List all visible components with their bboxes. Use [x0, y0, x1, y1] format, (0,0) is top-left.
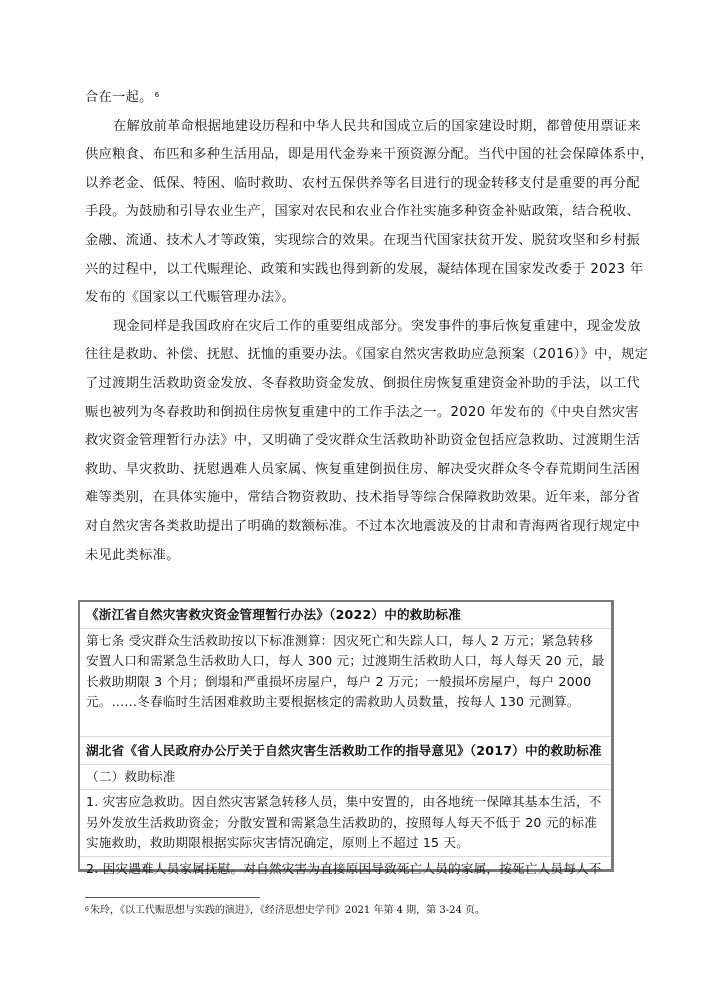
divider [80, 789, 611, 790]
continuation-text: 合在一起。 [85, 90, 153, 105]
paragraph-line: 赈也被列为冬春救助和倒损住房恢复重建中的工作手法之一。2020 年发布的《中央自… [85, 399, 633, 428]
hubei-item-line: 另外发放生活救助资金；分散安置和需紧急生活救助的，按照每人每天不低于 20 元的… [86, 813, 605, 834]
zhejiang-body: 第七条 受灾群众生活救助按以下标准测算：因灾死亡和失踪人口，每人 2 万元；紧急… [80, 631, 611, 713]
zhejiang-line: 长救助期限 3 个月；倒塌和严重损坏房屋户，每户 2 万元；一般损坏房屋户，每户… [86, 672, 605, 693]
footnote-rule [85, 897, 260, 898]
paragraph-line: 救灾资金管理暂行办法》中，又明确了受灾群众生活救助补助资金包括应急救助、过渡期生… [85, 427, 633, 456]
paragraph-line: 发布的《国家以工代赈管理办法》。 [85, 284, 633, 313]
hubei-subheading: （二）救助标准 [80, 767, 611, 788]
footnote: 6朱玲，《以工代赈思想与实践的演进》，《经济思想史学刊》2021 年第 4 期，… [85, 904, 485, 918]
divider [80, 764, 611, 765]
paragraph-line: 以养老金、低保、特困、临时救助、农村五保供养等名目进行的现金转移支付是重要的再分… [85, 170, 633, 199]
hubei-item-line: 1. 灾害应急救助。因自然灾害紧急转移人员，集中安置的，由各地统一保障其基本生活… [86, 792, 605, 813]
paragraph-1: 在解放前革命根据地建设历程和中华人民共和国成立后的国家建设时期，都曾使用票证来 … [85, 113, 633, 313]
paragraph-line: 在解放前革命根据地建设历程和中华人民共和国成立后的国家建设时期，都曾使用票证来 [85, 113, 633, 142]
paragraph-line: 兴的过程中，以工代赈理论、政策和实践也得到新的发展，凝结体现在国家发改委于 20… [85, 256, 633, 285]
divider [80, 856, 611, 857]
zhejiang-line: 元。……冬春临时生活困难救助主要根据核定的需救助人员数量，按每人 130 元测算… [86, 692, 605, 713]
paragraph-line: 未见此类标准。 [85, 542, 633, 571]
hubei-item-line: 实施救助，救助期限根据实际灾害情况确定，原则上不超过 15 天。 [86, 833, 605, 854]
divider [80, 628, 611, 629]
zhejiang-line: 第七条 受灾群众生活救助按以下标准测算：因灾死亡和失踪人口，每人 2 万元；紧急… [86, 631, 605, 652]
divider [80, 736, 611, 737]
spacer [80, 713, 611, 734]
paragraph-line: 金融、流通、技术人才等政策，实现综合的效果。在现当代国家扶贫开发、脱贫攻坚和乡村… [85, 227, 633, 256]
zhejiang-title: 《浙江省自然灾害救灾资金管理暂行办法》（2022）中的救助标准 [80, 603, 611, 626]
paragraph-line: 了过渡期生活救助资金发放、冬春救助资金发放、倒损住房恢复重建资金补助的手法，以工… [85, 370, 633, 399]
footnote-text: 朱玲，《以工代赈思想与实践的演进》，《经济思想史学刊》2021 年第 4 期，第… [90, 905, 485, 916]
paragraph-line: 救助、旱灾救助、抚慰遇难人员家属、恢复重建倒损住房、解决受灾群众冬令春荒期间生活… [85, 456, 633, 485]
paragraph-line: 对自然灾害各类救助提出了明确的数额标准。不过本次地震波及的甘肃和青海两省现行规定… [85, 513, 633, 542]
paragraph-line: 供应粮食、布匹和多种生活用品，即是用代金券来干预资源分配。当代中国的社会保障体系… [85, 141, 633, 170]
hubei-item-2: 2. 因灾遇难人员家属抚慰。对自然灾害为直接原因导致死亡人员的家属，按死亡人员每… [80, 859, 611, 880]
paragraph-line: 手段。为鼓励和引导农业生产，国家对农民和农业合作社实施多种资金补贴政策，结合税收… [85, 198, 633, 227]
zhejiang-line: 安置人口和需紧急生活救助人口，每人 300 元；过渡期生活救助人口，每人每天 2… [86, 651, 605, 672]
footnote-number: 6 [85, 906, 89, 913]
paragraph-line: 现金同样是我国政府在灾后工作的重要组成部分。突发事件的事后恢复重建中，现金发放 [85, 313, 633, 342]
paragraph-line: 难等类别，在具体实施中，常结合物资救助、技术指导等综合保障救助效果。近年来，部分… [85, 484, 633, 513]
standards-box: 《浙江省自然灾害救灾资金管理暂行办法》（2022）中的救助标准 第七条 受灾群众… [78, 600, 614, 872]
continuation-line: 合在一起。6 [85, 84, 633, 113]
paragraph-line: 往往是救助、补偿、抚慰、抚恤的重要办法。《国家自然灾害救助应急预案（2016）》… [85, 341, 633, 370]
hubei-title: 湖北省《省人民政府办公厅关于自然灾害生活救助工作的指导意见》（2017）中的救助… [80, 739, 611, 762]
document-page: 合在一起。6 在解放前革命根据地建设历程和中华人民共和国成立后的国家建设时期，都… [0, 0, 710, 1004]
footnote-reference[interactable]: 6 [155, 91, 160, 99]
paragraph-2: 现金同样是我国政府在灾后工作的重要组成部分。突发事件的事后恢复重建中，现金发放 … [85, 313, 633, 570]
hubei-item-line: 2. 因灾遇难人员家属抚慰。对自然灾害为直接原因导致死亡人员的家属，按死亡人员每… [86, 859, 605, 880]
main-body: 合在一起。6 在解放前革命根据地建设历程和中华人民共和国成立后的国家建设时期，都… [85, 84, 633, 570]
hubei-item-1: 1. 灾害应急救助。因自然灾害紧急转移人员，集中安置的，由各地统一保障其基本生活… [80, 792, 611, 854]
